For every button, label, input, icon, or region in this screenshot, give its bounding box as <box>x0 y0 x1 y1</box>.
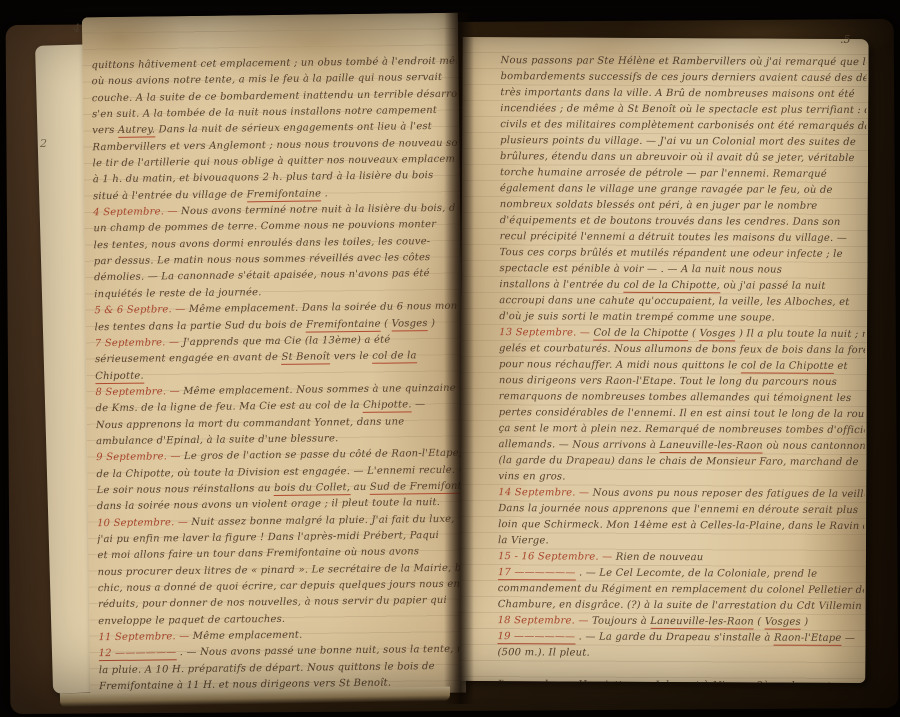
text-segment: enveloppe le paquet de cartouches. <box>98 614 285 627</box>
manuscript-line: remarquons de nombreuses tombes allemand… <box>499 389 865 407</box>
text-segment: j'ai pu enfin me laver la figure ! Dans … <box>97 530 439 545</box>
text-segment: s'en suit. A la tombée de la nuit nous i… <box>92 105 437 120</box>
text-segment: un champ de pommes de terre. Comme nous … <box>93 219 436 234</box>
text-segment: incendiées ; de même à St Benoît où le s… <box>500 103 866 116</box>
left-page-number: 4 <box>73 22 80 35</box>
manuscript-line <box>497 661 863 679</box>
text-segment: les tentes, nous avons dormi enroulés da… <box>94 236 431 251</box>
text-segment: ) Il a plu toute la nuit ; nous sommes <box>736 328 866 340</box>
manuscript-line: 19 —————— . — La garde du Drapeau s'inst… <box>498 629 864 647</box>
text-segment: 18 Septembre. — <box>498 615 592 626</box>
manuscript-line: 17 —————— . — Le Cel Lecomte, de la Colo… <box>498 565 864 583</box>
text-segment: recul précipité l'ennemi a détruit toute… <box>500 231 847 244</box>
text-segment: où j'ai passé la nuit <box>720 280 826 292</box>
manuscript-line: plusieurs points du village. — J'ai vu u… <box>500 133 866 151</box>
text-segment: Dans la nuit de sérieux engagements ont … <box>155 121 432 135</box>
text-segment: Nous passons par Ste Hélène et Rambervil… <box>501 55 867 68</box>
text-segment: Même emplacement. Nous sommes à une quin… <box>180 383 456 397</box>
text-segment: Autrey. <box>118 125 155 138</box>
manuscript-line: la Vierge. <box>498 533 864 551</box>
text-segment: — <box>412 399 426 410</box>
text-segment: Vosges <box>765 617 801 630</box>
text-segment: où nous avions notre tente, a mis le feu… <box>92 72 443 87</box>
text-segment: Toujours à <box>592 616 650 627</box>
manuscript-line: d'où je suis sorti le matin trempé comme… <box>499 309 865 327</box>
manuscript-line: 13 Septembre. — Col de la Chipotte ( Vos… <box>499 325 865 343</box>
text-segment: Raon-l'Etape <box>774 633 842 646</box>
text-segment: St Benoît <box>281 352 330 366</box>
text-segment: la pluie. A 10 H. préparatifs de départ.… <box>99 661 435 676</box>
text-segment: Nous avons passé une bonne nuit, sous la… <box>200 644 464 659</box>
text-segment: couche. A la suite de ce bombardement in… <box>92 88 457 104</box>
manuscript-line: (la garde du Drapeau) dans le chais de M… <box>498 453 864 471</box>
text-segment: ) <box>428 318 436 329</box>
text-segment: civils et des militaires complètement ca… <box>500 119 866 132</box>
text-segment: La garde du Drapeau s'installe à <box>599 632 774 644</box>
text-segment: nous procurer deux litres de « pinard ».… <box>98 562 463 578</box>
manuscript-line: commandement du Régiment en remplacement… <box>498 581 864 599</box>
manuscript-line: recul précipité l'ennemi a détruit toute… <box>500 229 866 247</box>
manuscript-line: 18 Septembre. — Toujours à Laneuville-le… <box>498 613 864 631</box>
text-segment: Nuit assez bonne malgré la pluie. J'ai f… <box>188 513 455 527</box>
text-segment: Chipotte. <box>363 400 412 414</box>
text-segment: plusieurs points du village. — J'ai vu u… <box>500 135 856 148</box>
text-segment: situé à l'entrée du village de <box>93 189 247 202</box>
manuscript-line: accroupi dans une cahute qu'occupaient, … <box>499 293 865 311</box>
text-segment: Laneuville-les-Raon <box>650 616 754 630</box>
text-segment: J'apprends que ma Cie (la 13ème) a été <box>179 334 390 348</box>
text-segment: au <box>350 482 370 493</box>
manuscript-line: Nous passons par Ste Hélène et Rambervil… <box>501 53 867 71</box>
text-segment: et moi allons faire un tour dans Fremifo… <box>97 547 419 562</box>
text-segment: . <box>321 188 328 199</box>
right-page-text: Nous passons par Ste Hélène et Rambervil… <box>459 37 868 683</box>
text-segment: de Kms. de la ligne de feu. Ma Cie est a… <box>96 400 364 414</box>
text-segment: brûlures, étendu dans un abreuvoir où il… <box>500 151 855 164</box>
manuscript-line: vins en gros. <box>498 469 864 487</box>
text-segment: à 1 h. du matin, et bivouaquons 2 h. plu… <box>93 170 434 185</box>
manuscript-line: d'équipements et de boutons trouvés dans… <box>500 213 866 231</box>
text-segment: 11 Septembre. — <box>98 631 189 643</box>
text-segment: 12 —————— <box>99 648 177 662</box>
left-page: quittons hâtivement cet emplacement ; un… <box>82 13 466 698</box>
text-segment: Col de la Chipotte <box>593 328 688 341</box>
text-segment: Nous apprenons la mort du commandant Yon… <box>96 416 405 431</box>
text-segment: Vosges <box>392 318 428 331</box>
text-segment: Tous ces corps brûlés et mutilés répande… <box>500 247 843 260</box>
text-segment: 14 Septembre. — <box>498 487 589 498</box>
manuscript-line: ça sent le mort à plein nez. Remarqué de… <box>499 421 865 439</box>
text-segment: d'où je suis sorti le matin trempé comme… <box>499 311 775 323</box>
text-segment: spectacle est pénible à voir — . — A la … <box>499 263 782 275</box>
manuscript-line: loin que Schirmeck. Mon 14ème est à Cell… <box>498 517 864 535</box>
text-segment: inquiétés le reste de la journée. <box>94 287 261 300</box>
text-segment: 8 Septembre. — <box>95 386 180 398</box>
text-segment: torche humaine arrosée de pétrole — par … <box>500 167 827 180</box>
text-segment: 15 - 16 Septembre. — <box>498 551 612 563</box>
manuscript-line: spectacle est pénible à voir — . — A la … <box>499 261 865 279</box>
text-segment: . — <box>575 632 599 643</box>
text-segment: Dans la journée nous apprenons que l'enn… <box>498 503 858 516</box>
text-segment: loin que Schirmeck. Mon 14ème est à Cell… <box>498 519 864 532</box>
text-segment: vers <box>92 125 118 136</box>
text-segment: également dans le village une grange rav… <box>500 183 833 196</box>
text-segment: . — <box>576 568 600 579</box>
manuscript-line: installons à l'entrée du col de la Chipo… <box>499 277 865 295</box>
text-segment: 13 Septembre. — <box>499 327 593 338</box>
right-page-number: .5 <box>840 33 851 46</box>
text-segment: col de la <box>372 350 417 364</box>
gutter-shadow <box>444 12 474 704</box>
manuscript-line: nous dirigeons vers Raon-l'Etape. Tout l… <box>499 373 865 391</box>
text-segment: ça sent le mort à plein nez. Remarqué de… <box>499 423 865 436</box>
text-segment: les tentes dans la partie Sud du bois de <box>95 319 307 333</box>
text-segment: 9 Septembre. — <box>96 451 181 463</box>
text-segment: par dessus. Le matin nous nous sommes ré… <box>94 252 431 267</box>
text-segment: Nous avons terminé notre nuit à la lisiè… <box>178 203 456 217</box>
right-page: Nous passons par Ste Hélène et Rambervil… <box>459 37 868 683</box>
manuscript-line: pertes considérables de l'ennemi. Il en … <box>499 405 865 423</box>
text-segment: pertes considérables de l'ennemi. Il en … <box>499 407 865 420</box>
text-segment: Le gros de l'action se passe du côté de … <box>181 448 462 463</box>
text-segment: Laneuville-les-Raon <box>659 440 763 454</box>
manuscript-line: brûlures, étendu dans un abreuvoir où il… <box>500 149 866 167</box>
text-segment: ( <box>381 318 392 329</box>
text-segment: Même emplacement. <box>189 630 302 642</box>
text-segment: Même emplacement. Dans la soirée du 6 no… <box>185 301 457 315</box>
text-segment: . — <box>176 647 200 658</box>
manuscript-line: Dans la journée nous apprenons que l'enn… <box>498 501 864 519</box>
manuscript-line: Chambure, en disgrâce. (?) à la suite de… <box>498 597 864 615</box>
text-segment: de la Chipotte, où toute la Division est… <box>96 464 461 480</box>
text-segment: Vosges <box>699 328 735 341</box>
manuscript-line: 14 Septembre. — Nous avons pu nous repos… <box>498 485 864 503</box>
text-segment: sérieusement engagée en avant de <box>95 352 282 365</box>
text-segment: dans la soirée nous avons un violent ora… <box>97 497 440 512</box>
text-segment: démolies. — La canonnade s'était apaisée… <box>94 269 430 284</box>
text-segment: très importants dans la ville. A Brû de … <box>500 87 854 100</box>
text-segment: 17 —————— <box>498 567 576 580</box>
text-segment: allemands. — Nous arrivons à <box>499 439 660 451</box>
text-segment: ) <box>801 617 809 628</box>
manuscript-line: Tous ces corps brûlés et mutilés répande… <box>500 245 866 263</box>
text-segment: 10 Septembre. — <box>97 517 188 529</box>
text-segment: d'équipements et de boutons trouvés dans… <box>500 215 841 228</box>
text-segment: 4 Septembre. — <box>93 206 178 218</box>
text-segment: gelés et courbaturés. Nous allumons de b… <box>499 343 865 356</box>
text-segment: Le Cel Lecomte, de la Coloniale, prend l… <box>599 568 817 580</box>
text-segment: Rien de nouveau <box>612 552 703 563</box>
left-page-text: quittons hâtivement cet emplacement ; un… <box>82 13 466 696</box>
text-segment: bombardements successifs de ces jours de… <box>500 71 866 84</box>
text-segment: 7 Septembre. — <box>95 337 180 349</box>
text-segment: pour nous réchauffer. A midi nous quitto… <box>499 359 741 371</box>
text-segment: col de la Chipotte, <box>624 280 721 294</box>
text-segment: Chipotte. <box>95 370 144 384</box>
text-segment: installons à l'entrée du <box>499 279 623 291</box>
manuscript-line: (500 m.). Il pleut. <box>497 645 863 663</box>
text-segment: quittons hâtivement cet emplacement ; un… <box>91 56 456 72</box>
text-segment: vers le <box>330 351 372 363</box>
text-segment: Fremifontaine <box>247 188 322 202</box>
manuscript-line: allemands. — Nous arrivons à Laneuville-… <box>499 437 865 455</box>
manuscript-line: bombardements successifs de ces jours de… <box>500 69 866 87</box>
text-segment: 19 —————— <box>498 631 576 644</box>
text-segment: 5 & 6 Septbre. — <box>94 304 185 316</box>
manuscript-line: incendiées ; de même à St Benoît où le s… <box>500 101 866 119</box>
text-segment: la Vierge. <box>498 535 549 546</box>
text-segment: Chambure, en disgrâce. (?) à la suite de… <box>498 599 862 612</box>
manuscript-line: nombreux soldats blessés ont péri, à en … <box>500 197 866 215</box>
text-segment: — <box>841 633 855 644</box>
text-segment: Fremifontaine <box>306 318 381 332</box>
text-segment: bois du Collet, <box>274 482 350 496</box>
text-segment: Rambervillers et vers Anglemont ; nous n… <box>92 137 457 153</box>
under-page-number: 2 <box>40 137 47 150</box>
text-segment: remarquons de nombreuses tombes allemand… <box>499 391 852 404</box>
diary-photo: quittons hâtivement cet emplacement ; un… <box>0 0 900 717</box>
text-segment: vins en gros. <box>498 471 565 482</box>
text-segment: nombreux soldats blessés ont péri, à en … <box>500 199 818 212</box>
text-segment: nous dirigeons vers Raon-l'Etape. Tout l… <box>499 375 837 388</box>
text-segment: accroupi dans une cahute qu'occupaient, … <box>499 295 849 308</box>
text-segment: où nous cantonnons, <box>763 441 865 453</box>
text-segment: commandement du Régiment en remplacement… <box>498 583 864 596</box>
text-segment: col de la Chipotte <box>741 360 834 373</box>
manuscript-line: torche humaine arrosée de pétrole — par … <box>500 165 866 183</box>
manuscript-line: civils et des militaires complètement ca… <box>500 117 866 135</box>
text-segment: réduits, pour donner de nos nouvelles, à… <box>98 595 447 610</box>
manuscript-line: très importants dans la ville. A Brû de … <box>500 85 866 103</box>
text-segment: (500 m.). Il pleut. <box>497 647 589 658</box>
text-segment: (la garde du Drapeau) dans le chais de M… <box>498 455 858 468</box>
manuscript-line: 15 - 16 Septembre. — Rien de nouveau <box>498 549 864 567</box>
text-segment: Nous avons pu nous reposer des fatigues … <box>589 488 864 500</box>
text-segment: ( <box>689 328 700 339</box>
manuscript-line: également dans le village une grange rav… <box>500 181 866 199</box>
manuscript-line: gelés et courbaturés. Nous allumons de b… <box>499 341 865 359</box>
text-segment: le tir de l'artillerie qui nous oblige à… <box>93 154 456 169</box>
text-segment: chic, nous a donné de quoi écrire, car d… <box>98 578 463 594</box>
text-segment: et <box>834 361 848 372</box>
text-segment: ambulance d'Epinal, à la suite d'une ble… <box>96 433 339 447</box>
text-segment: Le soir nous nous réinstallons au <box>97 483 275 496</box>
text-segment: ( <box>754 616 765 627</box>
manuscript-line: pour nous réchauffer. A midi nous quitto… <box>499 357 865 375</box>
